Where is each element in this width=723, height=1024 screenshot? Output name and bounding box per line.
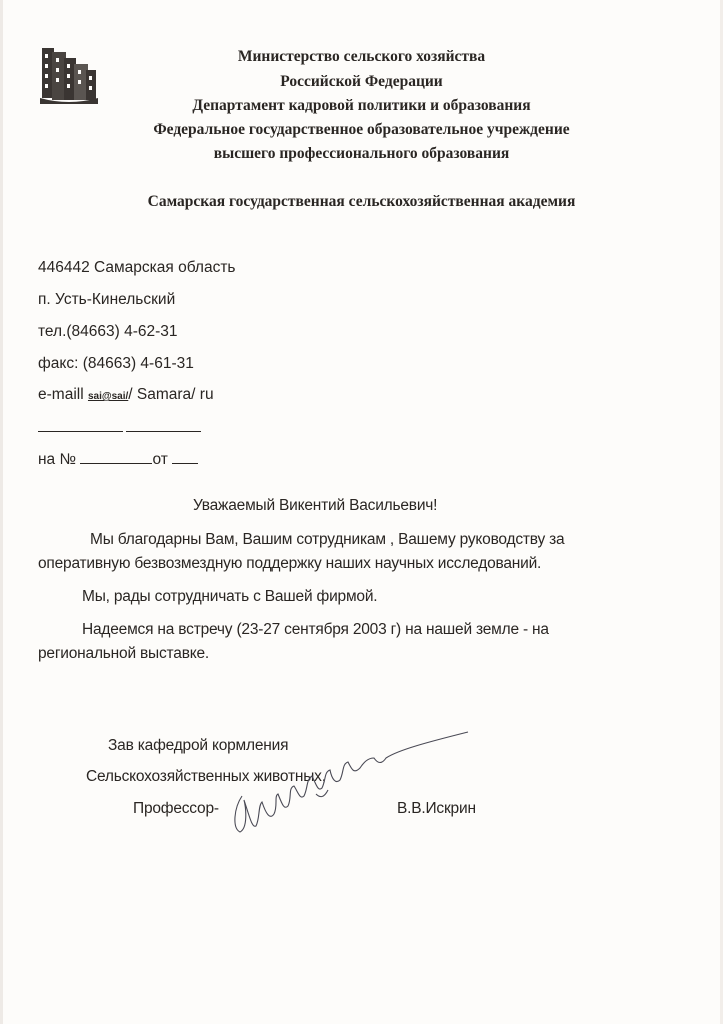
ref-date-label: от (152, 451, 167, 468)
divider-line-2 (126, 431, 201, 432)
phone: тел.(84663) 4-62-31 (38, 323, 178, 341)
fax: факс: (84663) 4-61-31 (38, 355, 194, 373)
paragraph-3-line-1: Надеемся на встречу (23-27 сентября 2003… (82, 621, 549, 639)
signatory-title: Профессор- (133, 800, 219, 818)
settlement: п. Усть-Кинельский (38, 291, 175, 309)
letterhead-federation: Российской Федерации (0, 73, 723, 91)
email-label: e-maill (38, 386, 88, 403)
ref-number-label: на № (38, 451, 76, 468)
email-line: e-maill sai@sai// Samara/ ru (38, 386, 214, 404)
paragraph-1-line-1: Мы благодарны Вам, Вашим сотрудникам , В… (90, 531, 564, 549)
letterhead-department: Департамент кадровой политики и образова… (0, 97, 723, 115)
ref-number-blank (80, 451, 152, 464)
letterhead-institution-type: Федеральное государственное образователь… (0, 121, 723, 139)
email-link: sai@sai/ (88, 391, 128, 402)
ref-date-blank (172, 451, 198, 464)
letterhead-education-level: высшего профессионального образования (0, 145, 723, 163)
letterhead-ministry: Министерство сельского хозяйства (0, 48, 723, 66)
paragraph-2: Мы, рады сотрудничать с Вашей фирмой. (82, 588, 377, 606)
reference-line: на № от (38, 451, 198, 469)
salutation: Уважаемый Викентий Васильевич! (193, 497, 437, 515)
handwritten-signature (228, 728, 478, 838)
institution-name: Самарская государственная сельскохозяйст… (0, 193, 723, 211)
divider-line-1 (38, 431, 123, 432)
postal-address: 446442 Самарская область (38, 259, 236, 277)
email-domain: / Samara/ ru (128, 386, 213, 403)
paragraph-3-line-2: региональной выставке. (38, 645, 209, 663)
paragraph-1-line-2: оперативную безвозмездную поддержку наши… (38, 555, 541, 573)
